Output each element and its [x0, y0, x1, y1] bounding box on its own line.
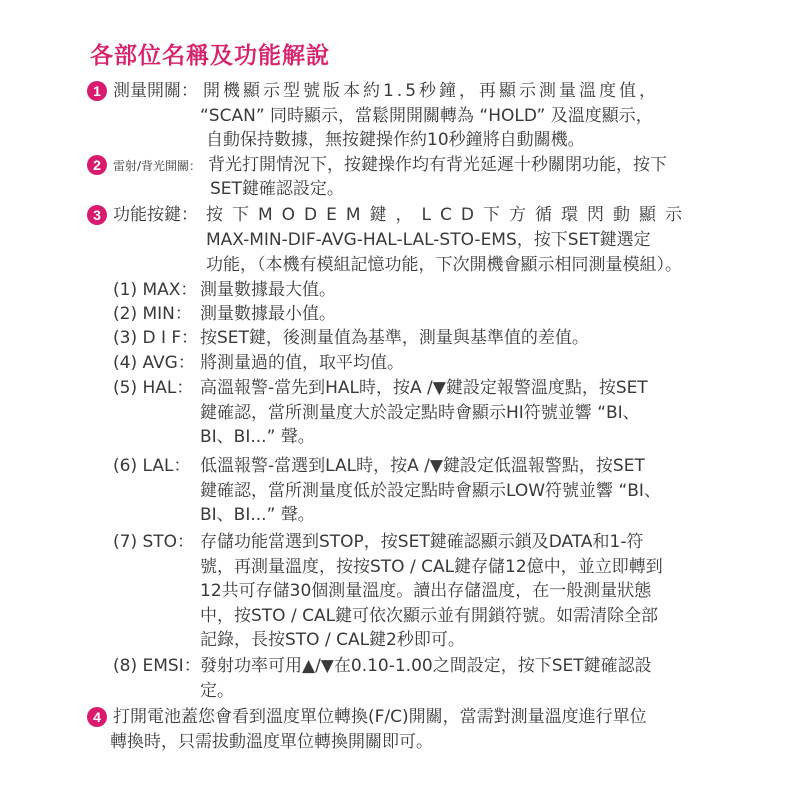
function-text: 定。	[200, 680, 234, 702]
function-label-emsi: (8) EMSI：	[113, 655, 201, 677]
section-label-power-switch: 測量開關：	[113, 80, 198, 102]
function-text: 測量數據最小值。	[200, 303, 336, 325]
function-text: 存儲功能當選到STOP，按SET鍵確認顯示鎖及DATA和1-符	[200, 531, 643, 553]
function-text: 低溫報警-當選到LAL時，按A /▼鍵設定低溫報警點，按SET	[200, 455, 645, 477]
section-text: 自動保持數據，無按鍵操作約10秒鐘將自動關機。	[206, 129, 585, 151]
section-text: 背光打開情況下，按鍵操作均有背光延遲十秒關閉功能，按下	[208, 154, 667, 176]
function-text: 記錄，長按STO / CAL鍵2秒即可。	[200, 629, 465, 651]
function-text: 鍵確認，當所測量度低於設定點時會顯示LOW符號並響 “BI、	[200, 480, 661, 502]
section-text: 打開電池蓋您會看到溫度單位轉換(F/C)開關，當需對測量溫度進行單位	[113, 706, 647, 728]
function-label-min: (2) MIN：	[113, 303, 192, 325]
section-label-function-keys: 功能按鍵：	[113, 204, 198, 226]
function-label-lal: (6) LAL：	[113, 455, 190, 477]
section-text: 轉換時，只需拔動溫度單位轉換開關即可。	[110, 731, 433, 753]
section-text: 功能，（本機有模組記憶功能，下次開機會顯示相同測量模組）。	[206, 254, 682, 276]
function-text: BI、BI...” 聲。	[200, 504, 315, 526]
function-text: 發射功率可用▲/▼在0.10-1.00之間設定，按下SET鍵確認設	[200, 655, 652, 677]
function-text: BI、BI...” 聲。	[200, 426, 315, 448]
function-label-hal: (5) HAL：	[113, 377, 193, 399]
function-label-max: (1) MAX：	[113, 279, 197, 301]
section-text: 按下MODEM鍵，LCD下方循環閃動顯示	[206, 204, 691, 226]
function-text: 將測量過的值，取平均值。	[200, 352, 404, 374]
number-1-icon: 1	[87, 81, 107, 101]
section-text: 開機顯示型號版本約1.5秒鐘，再顯示測量溫度值，	[203, 80, 659, 102]
number-4-icon: 4	[87, 707, 107, 727]
function-label-sto: (7) STO：	[113, 531, 194, 553]
page-title: 各部位名稱及功能解說	[90, 37, 330, 70]
function-text: 12共可存儲30個測量溫度。讀出存儲溫度，在一般測量狀態	[200, 580, 651, 602]
section-text: MAX-MIN-DIF-AVG-HAL-LAL-STO-EMS，按下SET鍵選定	[206, 229, 651, 251]
function-text: 測量數據最大值。	[200, 279, 336, 301]
number-2-icon: 2	[87, 155, 107, 175]
function-label-avg: (4) AVG：	[113, 352, 195, 374]
function-text: 中，按STO / CAL鍵可依次顯示並有開鎖符號。如需清除全部	[200, 605, 658, 627]
function-label-dif: (3) D I F：	[113, 327, 198, 349]
section-label-laser-backlight-switch: 雷射/背光開關：	[113, 155, 201, 177]
function-text: 鍵確認，當所測量度大於設定點時會顯示HI符號並響 “BI、	[200, 402, 640, 424]
number-3-icon: 3	[87, 205, 107, 225]
function-text: 按SET鍵，後測量值為基準，測量與基準值的差值。	[200, 327, 589, 349]
function-text: 高溫報警-當先到HAL時，按A /▼鍵設定報警溫度點，按SET	[200, 377, 648, 399]
section-text: SET鍵確認設定。	[210, 178, 344, 200]
function-text: 號，再測量溫度，按按STO / CAL鍵存儲12億中，並立即轉到	[200, 556, 663, 578]
section-text: “SCAN” 同時顯示，當鬆開開關轉為 “HOLD” 及溫度顯示，	[200, 105, 653, 127]
